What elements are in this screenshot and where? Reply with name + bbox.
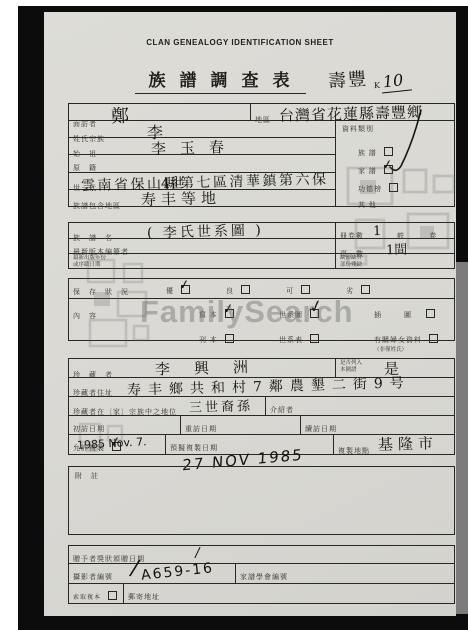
address-label: 珍藏者住址 <box>73 389 113 397</box>
table-row: 索取複本 郵寄地址 <box>69 584 454 604</box>
info-lower: 姓氏宗族 李 始祖 李玉春 原籍 雲南省保山縣第七區清華鎮第六保 <box>69 121 454 207</box>
introducer-cell: 介紹者 <box>266 397 454 415</box>
owner-table: 珍藏者 李興洲 是否列入 本圖譜 是 珍藏者住址 寿丰鄉共和村7鄰農墾二街9号 <box>68 358 455 455</box>
sheet-number-prefix: K <box>374 81 380 90</box>
checkbox-illustrations[interactable] <box>426 309 435 318</box>
checkbox-gongdebang[interactable] <box>389 183 398 192</box>
notes-label: 附註 <box>75 472 107 480</box>
volumes-cell: 冊卷數 1 帙 卷 <box>336 223 454 238</box>
content-line-1: 寫 本 世系圖 插 圖 <box>199 304 438 322</box>
english-sheet-title: CLAN GENEALOGY IDENTIFICATION SHEET <box>44 38 436 47</box>
mail-address-cell: 郵寄地址 <box>124 584 454 604</box>
copy-date-label: 預擬複製日期 <box>170 444 218 452</box>
position-label: 珍藏者在〔家〕宗族中之地位 <box>73 408 177 416</box>
position-cell: 珍藏者在〔家〕宗族中之地位 三世裔孫 <box>69 397 266 415</box>
table-row: 內容 寫 本 世系圖 插 圖 <box>69 299 454 341</box>
condition-option: 良 <box>226 280 286 298</box>
info-rows: 姓氏宗族 李 始祖 李玉春 原籍 雲南省保山縣第七區清華鎮第六保 <box>69 121 336 207</box>
first-visit-label: 初訪日期 <box>73 425 105 433</box>
origin-label: 原籍 <box>73 164 105 172</box>
revisit-label: 重訪日期 <box>185 425 217 433</box>
position-value: 三世裔孫 <box>189 395 253 416</box>
photo-no-cell: 攝影者編號 / A659-16 <box>69 564 236 583</box>
content-label: 內容 <box>73 312 105 320</box>
missing-label-line2: 部份殘缺 <box>340 262 454 269</box>
pubdate-label-line1: 最新出版年份 <box>73 255 335 262</box>
checkbox-pedigree-chart[interactable] <box>310 309 319 318</box>
pages-value: 1間 <box>386 239 408 259</box>
table-row: 最新版本編纂者 頁數 1間 <box>69 239 454 254</box>
condition-option: 優 <box>166 280 226 298</box>
content-item-label: 有關婦女資料 <box>374 336 422 344</box>
condition-label: 保存狀況 <box>73 288 137 296</box>
content-item-note: （非僅姓氏） <box>374 347 438 354</box>
content-item: 寫 本 <box>199 304 279 322</box>
first-visit-cell: 初訪日期 1985 Nov. 7. <box>69 416 181 434</box>
checkbox-copy-request[interactable] <box>108 591 117 600</box>
society-no-label: 家譜學會編號 <box>240 573 288 581</box>
condition-option-label: 良 <box>226 287 234 295</box>
table-row: 保存狀況 優 良 可 劣 <box>69 279 454 299</box>
condition-option-label: 劣 <box>346 287 354 295</box>
award-date-cell: 贈予者獎狀頒贈日期 / <box>69 546 454 563</box>
content-line-2: 刊 本 世系表 有關婦女資料 （非僅姓氏） <box>199 329 438 354</box>
form-paper: CLAN GENEALOGY IDENTIFICATION SHEET 族譜調查… <box>44 12 456 616</box>
table-row: 珍藏者在〔家〕宗族中之地位 三世裔孫 介紹者 <box>69 397 454 416</box>
area-label: 族譜包含地區 <box>73 202 121 210</box>
checkbox-printed-edition[interactable] <box>225 334 234 343</box>
checkmark-stroke <box>384 107 430 179</box>
content-item: 有關婦女資料 （非僅姓氏） <box>374 329 438 354</box>
sheet-area-value: 壽豐 <box>327 65 369 94</box>
table-row: 族譜名 ( 李氏世系圖 ) 冊卷數 1 帙 卷 <box>69 223 454 239</box>
introducer-label: 介紹者 <box>270 406 294 414</box>
table-row: 珍藏者住址 寿丰鄉共和村7鄰農墾二街9号 <box>69 378 454 397</box>
table-row: 初訪日期 1985 Nov. 7. 重訪日期 續訪日期 <box>69 416 454 435</box>
checkbox-manuscript[interactable] <box>225 309 234 318</box>
content-item-label: 寫 本 <box>199 311 218 319</box>
copy-place-value: 基隆市 <box>378 432 439 455</box>
content-item-label: 刊 本 <box>199 336 218 344</box>
copy-request-cell: 索取複本 <box>69 584 124 604</box>
content-item-label: 世系表 <box>279 336 303 344</box>
table-row: 始祖 李玉春 <box>69 138 335 155</box>
content-item: 刊 本 <box>199 329 279 354</box>
book-name-cell: 族譜名 ( 李氏世系圖 ) <box>69 223 336 238</box>
followup-label: 續訪日期 <box>305 425 337 433</box>
ancestor-cell: 始祖 李玉春 <box>69 138 335 154</box>
mail-address-label: 郵寄地址 <box>128 593 160 601</box>
checkbox-good[interactable] <box>241 285 250 294</box>
award-date-value: / <box>194 545 201 562</box>
other-blank-line <box>383 198 419 207</box>
area-value: 寿丰等地 <box>141 187 222 210</box>
checkbox-pedigree-table[interactable] <box>310 334 319 343</box>
sheet-number-value: 10 <box>380 69 412 93</box>
table-row: 贈予者獎狀頒贈日期 / <box>69 546 454 564</box>
category-title: 資料類別 <box>342 125 374 133</box>
revisit-cell: 重訪日期 <box>181 416 301 434</box>
listed-label: 是否列入 本圖譜 <box>340 360 362 374</box>
followup-cell: 續訪日期 <box>301 416 454 434</box>
category-item-label: 其 他 <box>358 201 377 209</box>
photo-no-value: A659-16 <box>140 560 214 584</box>
interviewer-value: 鄭 <box>111 102 130 128</box>
copy-place-cell: 複製地點 基隆市 <box>334 435 454 455</box>
numbering-table: 贈予者獎狀頒贈日期 / 攝影者編號 / A659-16 家譜學會編號 索取複本 <box>68 545 455 604</box>
photo-no-label: 攝影者編號 <box>73 573 113 581</box>
condition-label-cell: 保存狀況 <box>69 279 154 298</box>
handwritten-sheet-number: 壽豐 K 10 <box>328 66 411 92</box>
content-item: 插 圖 <box>374 304 435 322</box>
pubdate-cell: 最新出版年份 或序跋日期 <box>69 254 336 269</box>
content-items: 寫 本 世系圖 插 圖 刊 <box>199 299 438 354</box>
listed-label-line1: 是否列入 <box>340 360 362 367</box>
content-item: 世系圖 <box>279 304 374 322</box>
info-table: 面訪者 鄭 地區 台灣省花蓮縣壽豐鄉 姓氏宗族 李 <box>68 103 455 207</box>
category-item-label: 功德榜 <box>358 185 382 193</box>
pages-cell: 頁數 1間 <box>336 239 454 253</box>
content-item-label: 世系圖 <box>279 311 303 319</box>
book-table: 族譜名 ( 李氏世系圖 ) 冊卷數 1 帙 卷 最新版本編纂者 頁數 1間 <box>68 222 455 269</box>
condition-option-label: 可 <box>286 287 294 295</box>
pubdate-label-line2: 或序跋日期 <box>73 262 335 269</box>
category-item: 其 他 <box>358 194 419 212</box>
checkbox-fair[interactable] <box>301 285 310 294</box>
condition-option-label: 優 <box>166 287 174 295</box>
ancestor-value: 李玉春 <box>151 136 239 159</box>
form-title: 族譜調查表 <box>135 66 306 94</box>
category-item-label: 族 譜 <box>358 149 377 157</box>
notes-box: 附註 <box>68 466 455 535</box>
checkbox-excellent[interactable] <box>181 285 190 294</box>
book-name-value: ( 李氏世系圖 ) <box>147 219 264 242</box>
copy-request-label: 索取複本 <box>73 595 101 601</box>
content-item-label: 插 圖 <box>374 311 419 319</box>
compiler-cell: 最新版本編纂者 <box>69 239 336 253</box>
interviewer-cell: 面訪者 鄭 <box>69 104 251 120</box>
condition-option: 劣 <box>346 280 406 298</box>
society-no-cell: 家譜學會編號 <box>236 564 454 583</box>
content-item: 世系表 <box>279 329 374 354</box>
volumes-value: 1 <box>373 224 382 239</box>
checkbox-poor[interactable] <box>361 285 370 294</box>
condition-option: 可 <box>286 280 346 298</box>
content-label-cell: 內容 <box>69 299 129 341</box>
table-row: 攝影者編號 / A659-16 家譜學會編號 <box>69 564 454 584</box>
copy-date-cell: 預擬複製日期 27 NOV 1985 <box>166 435 334 455</box>
category-box: 資料類別 族 譜 家 譜 功德榜 其 他 <box>336 121 454 207</box>
copy-place-label: 複製地點 <box>338 447 370 455</box>
category-item-label: 家 譜 <box>358 167 377 175</box>
checkbox-women-data[interactable] <box>429 334 438 343</box>
condition-table: 保存狀況 優 良 可 劣 <box>68 278 455 341</box>
address-cell: 珍藏者住址 寿丰鄉共和村7鄰農墾二街9号 <box>69 378 454 396</box>
scanned-genealogy-sheet: CLAN GENEALOGY IDENTIFICATION SHEET 族譜調查… <box>0 0 468 630</box>
